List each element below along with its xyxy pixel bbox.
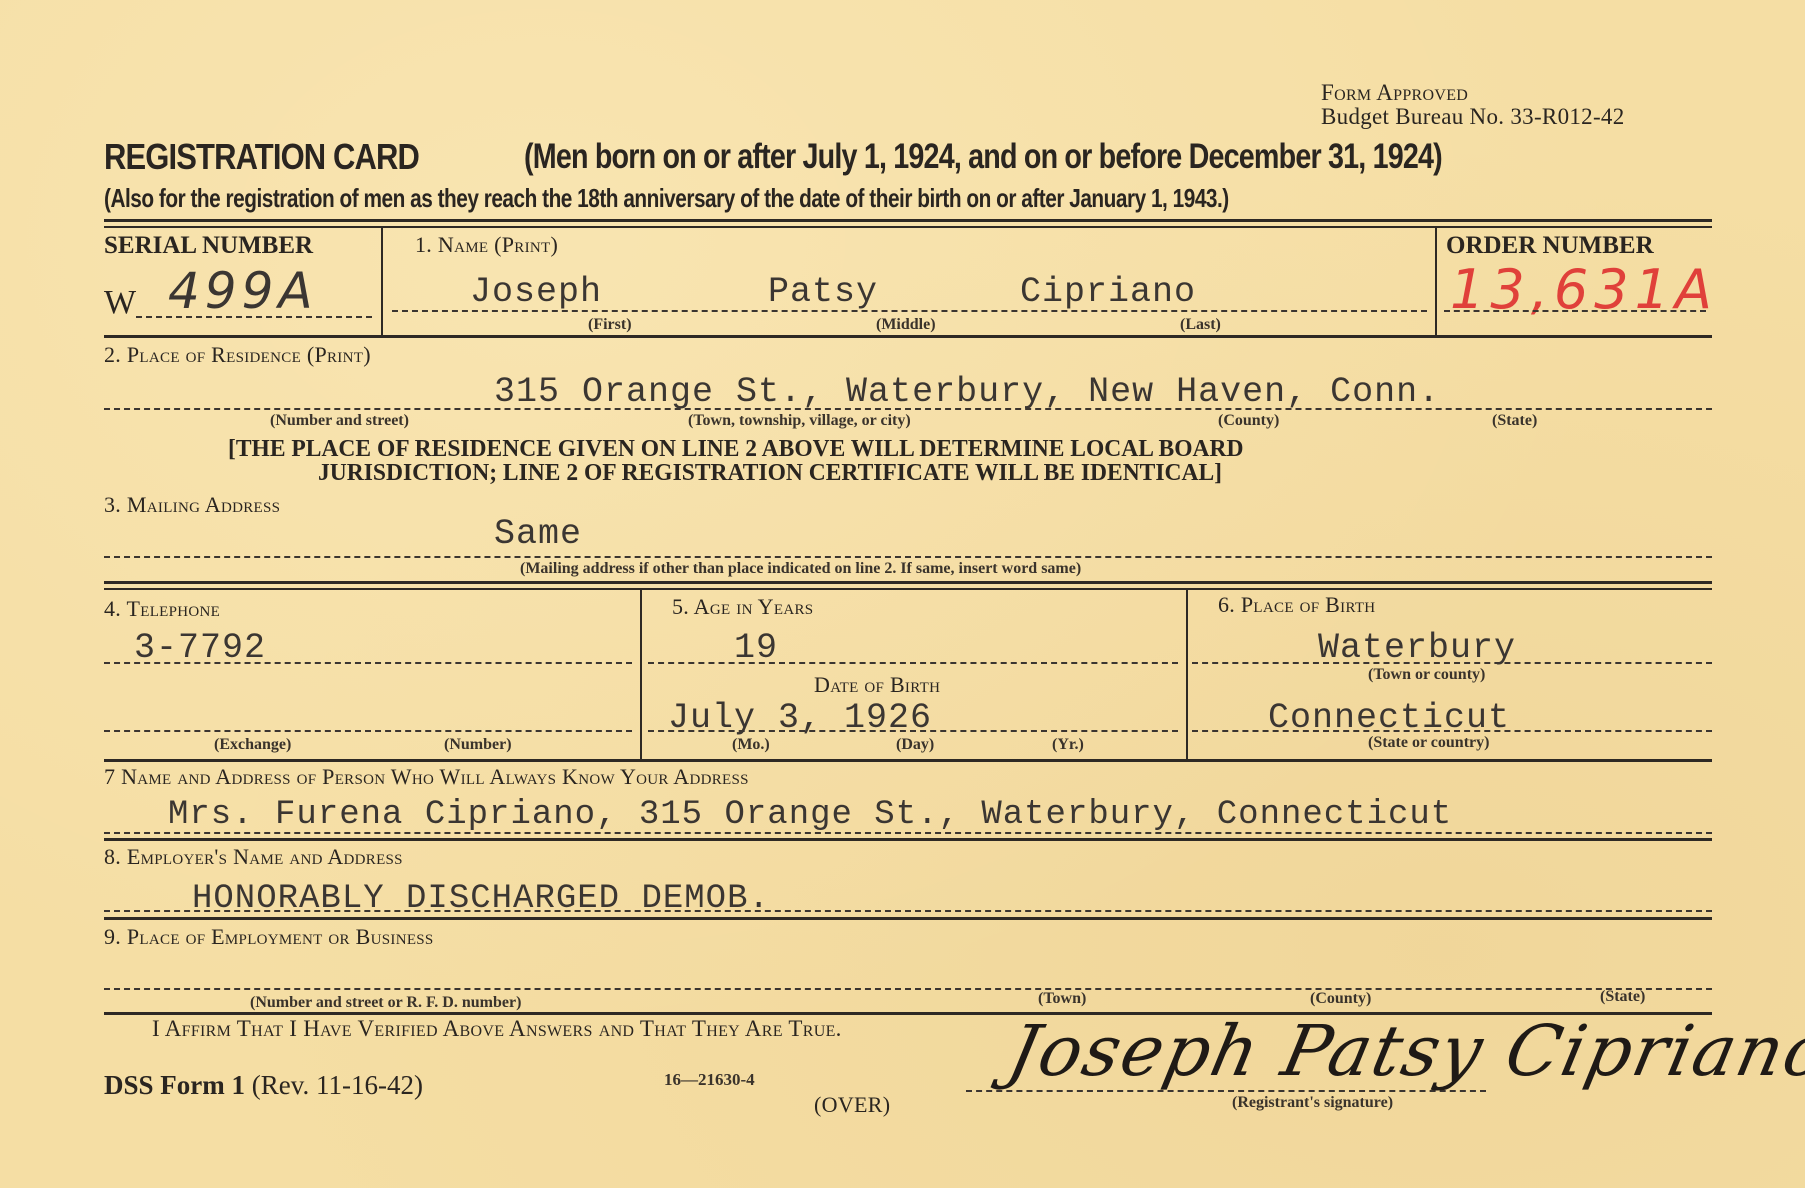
- mailing-caption: (Mailing address if other than place ind…: [520, 560, 1081, 578]
- mailing-value: Same: [494, 514, 582, 554]
- middle-name: Patsy: [768, 272, 878, 312]
- dob-value: July 3, 1926: [668, 698, 932, 738]
- last-caption: (Last): [1180, 316, 1221, 334]
- birthplace-state-caption: (State or country): [1368, 734, 1489, 752]
- employment-street-caption: (Number and street or R. F. D. number): [250, 994, 521, 1012]
- telephone-underline-2: [104, 730, 632, 732]
- residence-street-caption: (Number and street): [270, 412, 409, 430]
- last-name: Cipriano: [1020, 272, 1196, 312]
- residence-county-caption: (County): [1218, 412, 1279, 430]
- number-caption: (Number): [444, 736, 512, 754]
- month-caption: (Mo.): [732, 736, 770, 754]
- mailing-underline: [104, 556, 1712, 558]
- birthplace-town-underline: [1192, 662, 1712, 664]
- name-underline: [392, 310, 1427, 312]
- over-label: (OVER): [814, 1092, 890, 1118]
- birthplace-town-caption: (Town or county): [1368, 666, 1485, 684]
- telephone-label: 4. Telephone: [104, 596, 220, 622]
- divider: [640, 590, 642, 760]
- age-label: 5. Age in Years: [672, 594, 813, 620]
- birthplace-state: Connecticut: [1268, 698, 1510, 738]
- form-approved-label: Form Approved: [1321, 80, 1468, 106]
- employment-place-label: 9. Place of Employment or Business: [104, 924, 434, 950]
- print-code: 16—21630-4: [664, 1070, 755, 1090]
- residence-label: 2. Place of Residence (Print): [104, 342, 371, 368]
- jurisdiction-note-line1: [THE PLACE OF RESIDENCE GIVEN ON LINE 2 …: [228, 436, 1243, 463]
- jurisdiction-note-line2: JURISDICTION; LINE 2 OF REGISTRATION CER…: [318, 460, 1222, 487]
- employer-label: 8. Employer's Name and Address: [104, 844, 403, 870]
- contact-label: 7 Name and Address of Person Who Will Al…: [104, 764, 749, 790]
- divider: [104, 588, 1712, 590]
- contact-underline: [104, 832, 1712, 834]
- first-caption: (First): [588, 316, 632, 334]
- registration-card: Form Approved Budget Bureau No. 33-R012-…: [0, 0, 1805, 1188]
- residence-value: 315 Orange St., Waterbury, New Haven, Co…: [494, 372, 1440, 412]
- first-name: Joseph: [470, 272, 602, 312]
- employment-place-underline: [104, 988, 1712, 990]
- day-caption: (Day): [896, 736, 934, 754]
- employment-county-caption: (County): [1310, 990, 1371, 1008]
- age-underline: [648, 662, 1178, 664]
- mailing-label: 3. Mailing Address: [104, 492, 280, 518]
- residence-town-caption: (Town, township, village, or city): [688, 412, 911, 430]
- budget-bureau-number: Budget Bureau No. 33-R012-42: [1321, 104, 1625, 130]
- divider: [104, 917, 1712, 920]
- year-caption: (Yr.): [1052, 736, 1084, 754]
- divider: [104, 581, 1712, 584]
- serial-number-value: 499A: [168, 262, 318, 320]
- serial-number-label: SERIAL NUMBER: [104, 232, 313, 260]
- serial-underline: [136, 316, 372, 318]
- telephone-underline: [104, 662, 632, 664]
- employment-town-caption: (Town): [1038, 990, 1086, 1008]
- divider: [104, 226, 1712, 228]
- middle-caption: (Middle): [876, 316, 936, 334]
- registrant-signature: Joseph Patsy Cipriano: [1001, 1010, 1805, 1092]
- order-underline: [1444, 310, 1706, 312]
- birthplace-state-underline: [1192, 730, 1712, 732]
- title-subtitle: (Men born on or after July 1, 1924, and …: [524, 137, 1442, 177]
- page-title: REGISTRATION CARD: [104, 136, 419, 178]
- affirmation-text: I Affirm That I Have Verified Above Answ…: [152, 1016, 842, 1042]
- divider: [1435, 228, 1437, 336]
- signature-caption: (Registrant's signature): [1232, 1094, 1393, 1112]
- residence-underline: [104, 408, 1712, 410]
- divider: [104, 335, 1712, 338]
- divider: [104, 838, 1712, 841]
- birthplace-label: 6. Place of Birth: [1218, 592, 1375, 618]
- dob-underline: [648, 730, 1178, 732]
- dob-label: Date of Birth: [814, 672, 940, 698]
- employer-value: HONORABLY DISCHARGED DEMOB.: [192, 880, 770, 918]
- divider: [381, 228, 383, 336]
- also-registration-note: (Also for the registration of men as the…: [104, 183, 1229, 214]
- divider: [104, 219, 1712, 222]
- divider: [1186, 590, 1188, 760]
- serial-prefix: W: [104, 284, 136, 322]
- employer-underline: [104, 910, 1712, 912]
- employment-state-caption: (State): [1600, 988, 1645, 1006]
- order-number-label: ORDER NUMBER: [1446, 232, 1654, 260]
- contact-value: Mrs. Furena Cipriano, 315 Orange St., Wa…: [168, 796, 1452, 834]
- exchange-caption: (Exchange): [214, 736, 291, 754]
- form-id: DSS Form 1 (Rev. 11-16-42): [104, 1070, 423, 1101]
- divider: [104, 759, 1712, 762]
- residence-state-caption: (State): [1492, 412, 1537, 430]
- form-id-label: DSS Form 1: [104, 1070, 245, 1100]
- form-revision: (Rev. 11-16-42): [252, 1070, 423, 1100]
- name-label: 1. Name (Print): [415, 232, 558, 258]
